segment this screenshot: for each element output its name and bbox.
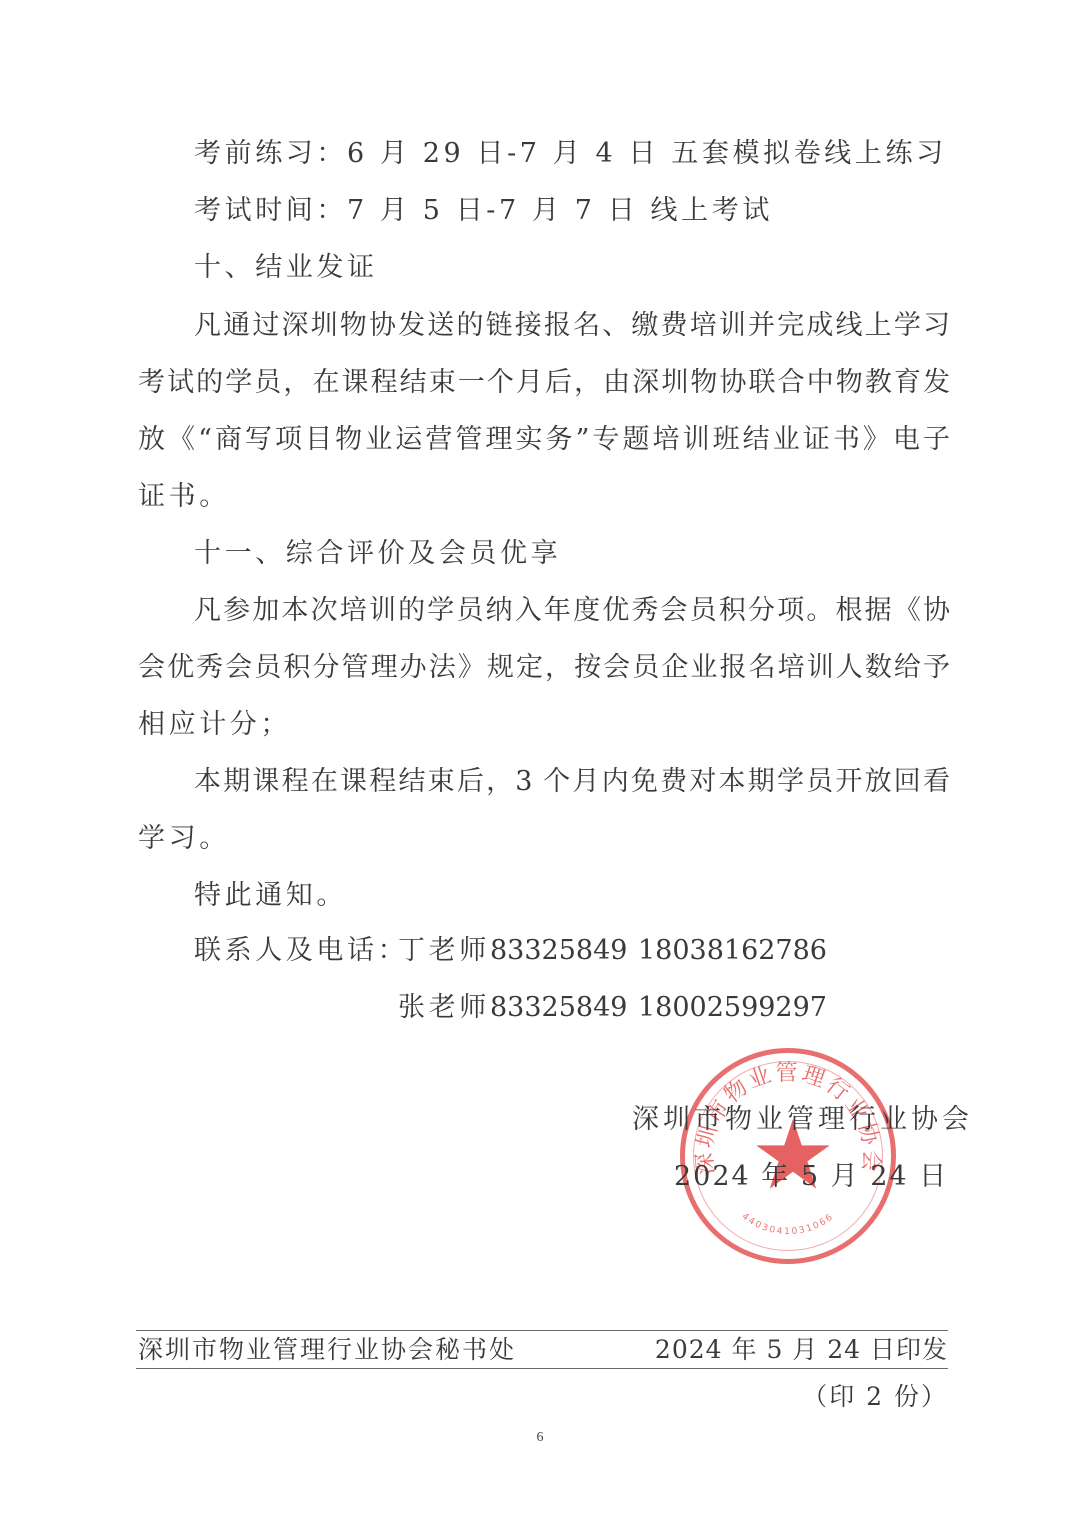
- notice-statement: 特此通知。: [194, 879, 347, 913]
- contact-name: 张老师: [398, 991, 490, 1025]
- issuer: 深圳市物业管理行业协会秘书处: [138, 1334, 516, 1366]
- footer-top-rule: [136, 1330, 948, 1331]
- paragraph-line: 本期课程在课程结束后，3 个月内免费对本期学员开放回看: [194, 765, 950, 799]
- signing-date: 2024 年 5 月 24 日: [674, 1160, 948, 1194]
- paragraph-line: 学习。: [138, 822, 230, 856]
- svg-text:4403041031066: 4403041031066: [740, 1212, 837, 1237]
- paragraph-line: 相应计分；: [138, 708, 291, 742]
- issue-date: 2024 年 5 月 24 日印发: [655, 1334, 948, 1366]
- section-heading-evaluation: 十一、综合评价及会员优享: [194, 537, 561, 571]
- paragraph-line: 凡通过深圳物协发送的链接报名、缴费培训并完成线上学习: [194, 309, 950, 343]
- paragraph-line: 考试的学员，在课程结束一个月后，由深圳物协联合中物教育发: [138, 366, 950, 400]
- paragraph-line: 放《“商写项目物业运营管理实务”专题培训班结业证书》电子: [138, 423, 950, 457]
- contact-mobile-phone: 18002599297: [638, 991, 827, 1025]
- exam-schedule: 考试时间：7 月 5 日-7 月 7 日 线上考试: [194, 194, 773, 228]
- contact-mobile-phone: 18038162786: [638, 934, 827, 968]
- page-number: 6: [0, 1430, 1080, 1446]
- official-seal: 深圳市物业管理行业协会 4403041031066: [680, 1048, 896, 1264]
- contact-name: 丁老师: [398, 934, 490, 968]
- section-heading-certification: 十、结业发证: [194, 251, 378, 285]
- contact-office-phone: 83325849: [490, 934, 627, 968]
- contact-label: 联系人及电话：: [194, 934, 408, 968]
- signing-organization: 深圳市物业管理行业协会: [632, 1103, 973, 1137]
- practice-schedule: 考前练习：6 月 29 日-7 月 4 日 五套模拟卷线上练习: [194, 137, 947, 171]
- paragraph-line: 证书。: [138, 480, 230, 514]
- footer-bottom-rule: [136, 1368, 948, 1369]
- paragraph-line: 会优秀会员积分管理办法》规定，按会员企业报名培训人数给予: [138, 651, 950, 685]
- paragraph-line: 凡参加本次培训的学员纳入年度优秀会员积分项。根据《协: [194, 594, 950, 628]
- copies-note: （印 2 份）: [802, 1381, 948, 1413]
- contact-office-phone: 83325849: [490, 991, 627, 1025]
